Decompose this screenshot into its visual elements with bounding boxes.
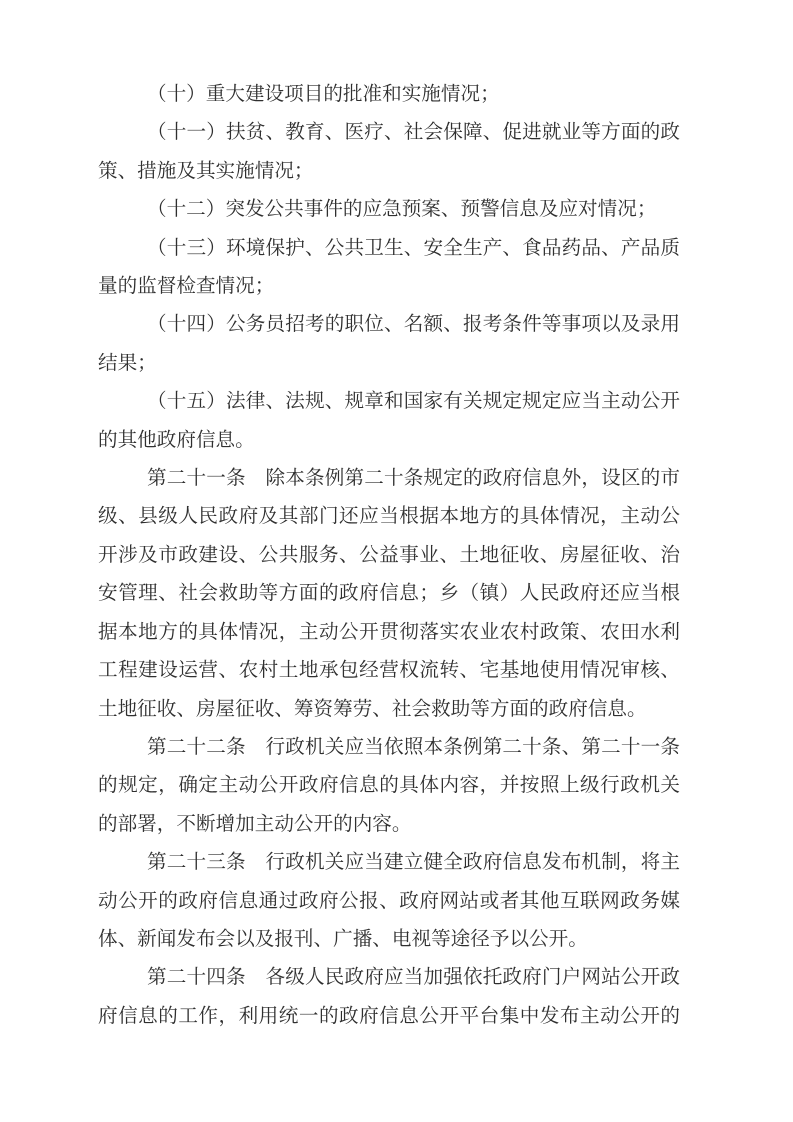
paragraph-item-15: （十五）法律、法规、规章和国家有关规定规定应当主动公开的其他政府信息。 (98, 383, 680, 460)
document-page: （十）重大建设项目的批准和实施情况； （十一）扶贫、教育、医疗、社会保障、促进就… (0, 0, 793, 1122)
paragraph-item-10: （十）重大建设项目的批准和实施情况； (98, 76, 680, 114)
document-body: （十）重大建设项目的批准和实施情况； （十一）扶贫、教育、医疗、社会保障、促进就… (98, 76, 680, 1036)
paragraph-article-23: 第二十三条 行政机关应当建立健全政府信息发布机制，将主动公开的政府信息通过政府公… (98, 844, 680, 959)
paragraph-item-14: （十四）公务员招考的职位、名额、报考条件等事项以及录用结果； (98, 306, 680, 383)
paragraph-item-11: （十一）扶贫、教育、医疗、社会保障、促进就业等方面的政策、措施及其实施情况； (98, 114, 680, 191)
paragraph-item-13: （十三）环境保护、公共卫生、安全生产、食品药品、产品质量的监督检查情况； (98, 230, 680, 307)
paragraph-article-24: 第二十四条 各级人民政府应当加强依托政府门户网站公开政府信息的工作，利用统一的政… (98, 959, 680, 1036)
paragraph-item-12: （十二）突发公共事件的应急预案、预警信息及应对情况； (98, 191, 680, 229)
paragraph-article-22: 第二十二条 行政机关应当依照本条例第二十条、第二十一条的规定，确定主动公开政府信… (98, 729, 680, 844)
paragraph-article-21: 第二十一条 除本条例第二十条规定的政府信息外，设区的市级、县级人民政府及其部门还… (98, 460, 680, 729)
